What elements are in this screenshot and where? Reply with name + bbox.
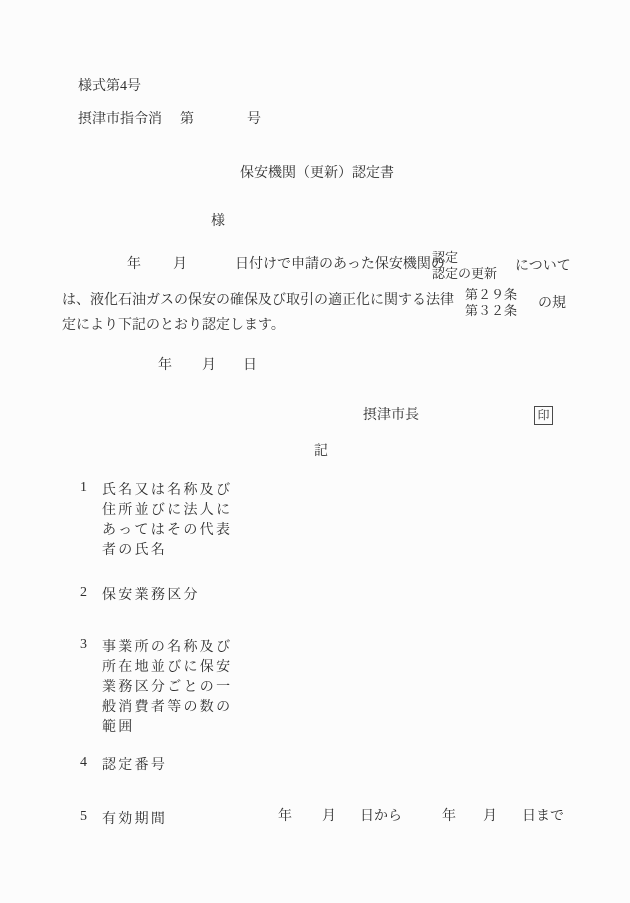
issue-number-prefix: 摂津市指令消	[78, 113, 162, 127]
body-line1-year: 年	[127, 258, 141, 272]
body-line1-tail: について	[515, 260, 571, 274]
validity-to-day: 日まで	[522, 810, 564, 824]
validity-from-day: 日から	[360, 810, 402, 824]
ki-heading: 記	[314, 445, 328, 459]
item-5-line: 有効期間	[102, 810, 167, 830]
body-line2-tail: の規	[538, 297, 566, 311]
stack-article-bottom: 第３２条	[465, 303, 517, 319]
item-3-line: 事業所の名称及び	[102, 638, 232, 658]
issue-number-dai: 第	[180, 113, 194, 127]
validity-from-month: 月	[322, 810, 336, 824]
seal-mark: 印	[534, 406, 553, 425]
issue-date-month: 月	[202, 359, 216, 373]
validity-from-year: 年	[278, 810, 292, 824]
addressee-honorific: 様	[211, 215, 225, 229]
item-5-number: 5	[80, 810, 87, 824]
form-number: 様式第4号	[78, 80, 141, 94]
item-3-line: 範囲	[102, 718, 135, 738]
issue-date-year: 年	[158, 359, 172, 373]
item-1-line: 氏名又は名称及び	[102, 481, 232, 501]
validity-to-year: 年	[442, 810, 456, 824]
item-3-number: 3	[80, 638, 87, 652]
issue-number-go: 号	[247, 113, 261, 127]
item-1-number: 1	[80, 481, 87, 495]
signer-name: 摂津市長	[363, 409, 419, 423]
item-1-line: 者の氏名	[102, 541, 167, 561]
body-line3: 定により下記のとおり認定します。	[62, 319, 285, 333]
validity-to-month: 月	[483, 810, 497, 824]
document-title: 保安機関（更新）認定書	[240, 167, 394, 181]
stack-article-top: 第２９条	[465, 287, 517, 303]
stack-nintei-bottom: 認定の更新	[432, 266, 497, 282]
body-line1-main: 日付けで申請のあった保安機関の	[235, 258, 445, 272]
item-4-line: 認定番号	[102, 756, 167, 776]
issue-date-day: 日	[243, 359, 257, 373]
stack-nintei-top: 認定	[432, 250, 458, 266]
item-2-number: 2	[80, 586, 87, 600]
item-3-line: 業務区分ごとの一	[102, 678, 232, 698]
item-3-line: 般消費者等の数の	[102, 698, 232, 718]
item-3-line: 所在地並びに保安	[102, 658, 232, 678]
item-4-number: 4	[80, 756, 87, 770]
item-2-line: 保安業務区分	[102, 586, 200, 606]
certificate-form-page: 様式第4号 摂津市指令消 第 号 保安機関（更新）認定書 様 年 月 日付けで申…	[0, 0, 630, 903]
item-1-line: あってはその代表	[102, 521, 232, 541]
body-line1-month: 月	[173, 258, 187, 272]
body-line2-main: は、液化石油ガスの保安の確保及び取引の適正化に関する法律	[62, 294, 454, 308]
item-1-line: 住所並びに法人に	[102, 501, 232, 521]
